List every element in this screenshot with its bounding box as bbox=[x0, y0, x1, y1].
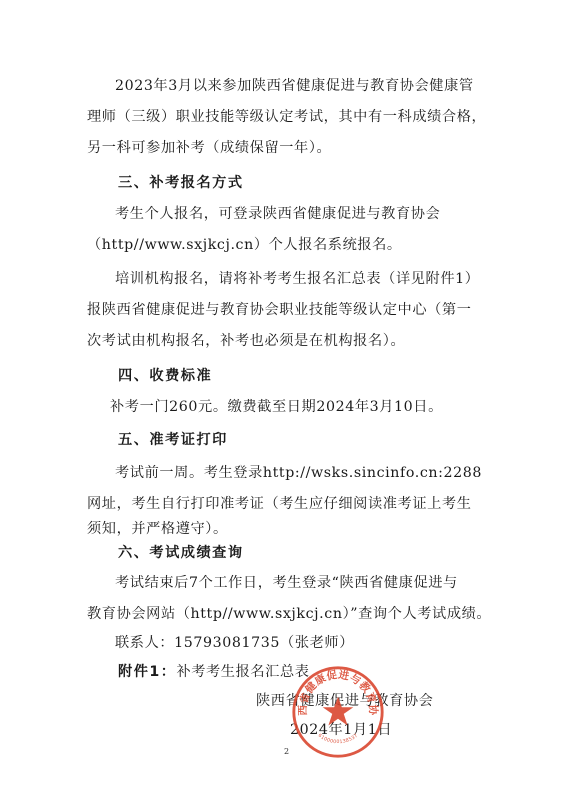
section-heading-3: 三、补考报名方式 bbox=[118, 173, 244, 193]
paragraph-2-line-2: （http//www.sxjkcj.cn）个人报名系统报名。 bbox=[87, 235, 402, 255]
section-heading-6: 六、考试成绩查询 bbox=[118, 543, 244, 563]
paragraph-5-line-2: 网址，考生自行打印准考证（考生应仔细阅读准考证上考生 bbox=[87, 494, 471, 514]
paragraph-5-line-3: 须知，并严格遵守）。 bbox=[87, 519, 228, 539]
section-heading-5: 五、准考证打印 bbox=[118, 430, 228, 450]
attachment-label: 附件1： bbox=[118, 664, 176, 680]
attachment-line: 附件1：补考考生报名汇总表 bbox=[118, 662, 310, 682]
svg-text:6100000138537: 6100000138537 bbox=[317, 733, 360, 746]
paragraph-3-line-1: 培训机构报名，请将补考考生报名汇总表（详见附件1） bbox=[115, 269, 480, 289]
paragraph-1-line-3: 另一科可参加补考（成绩保留一年）。 bbox=[87, 138, 331, 158]
paragraph-1-line-1: 2023年3月以来参加陕西省健康促进与教育协会健康管 bbox=[115, 76, 474, 96]
page-number: 2 bbox=[284, 747, 289, 756]
contact-line: 联系人：15793081735（张老师） bbox=[115, 633, 354, 653]
paragraph-1-line-2: 理师（三级）职业技能等级认定考试，其中有一科成绩合格， bbox=[87, 107, 486, 127]
paragraph-2-line-1: 考生个人报名，可登录陕西省健康促进与教育协会 bbox=[115, 204, 440, 224]
paragraph-3-line-2: 报陕西省健康促进与教育协会职业技能等级认定中心（第一 bbox=[87, 300, 471, 320]
paragraph-4-line-1: 补考一门260元。缴费截至日期2024年3月10日。 bbox=[110, 397, 443, 417]
paragraph-6-line-1: 考试结束后7个工作日，考生登录“陕西省健康促进与 bbox=[115, 573, 458, 593]
paragraph-6-line-2: 教育协会网站（http//www.sxjkcj.cn）”查询个人考试成绩。 bbox=[87, 604, 491, 624]
section-heading-4: 四、收费标准 bbox=[118, 366, 212, 386]
official-seal-icon: 陕西省健康促进与教育协会 6100000138537 bbox=[290, 664, 386, 760]
paragraph-5-line-1: 考试前一周。考生登录http://wsks.sincinfo.cn:2288 bbox=[115, 463, 482, 483]
paragraph-3-line-3: 次考试由机构报名，补考也必须是在机构报名）。 bbox=[87, 331, 405, 351]
